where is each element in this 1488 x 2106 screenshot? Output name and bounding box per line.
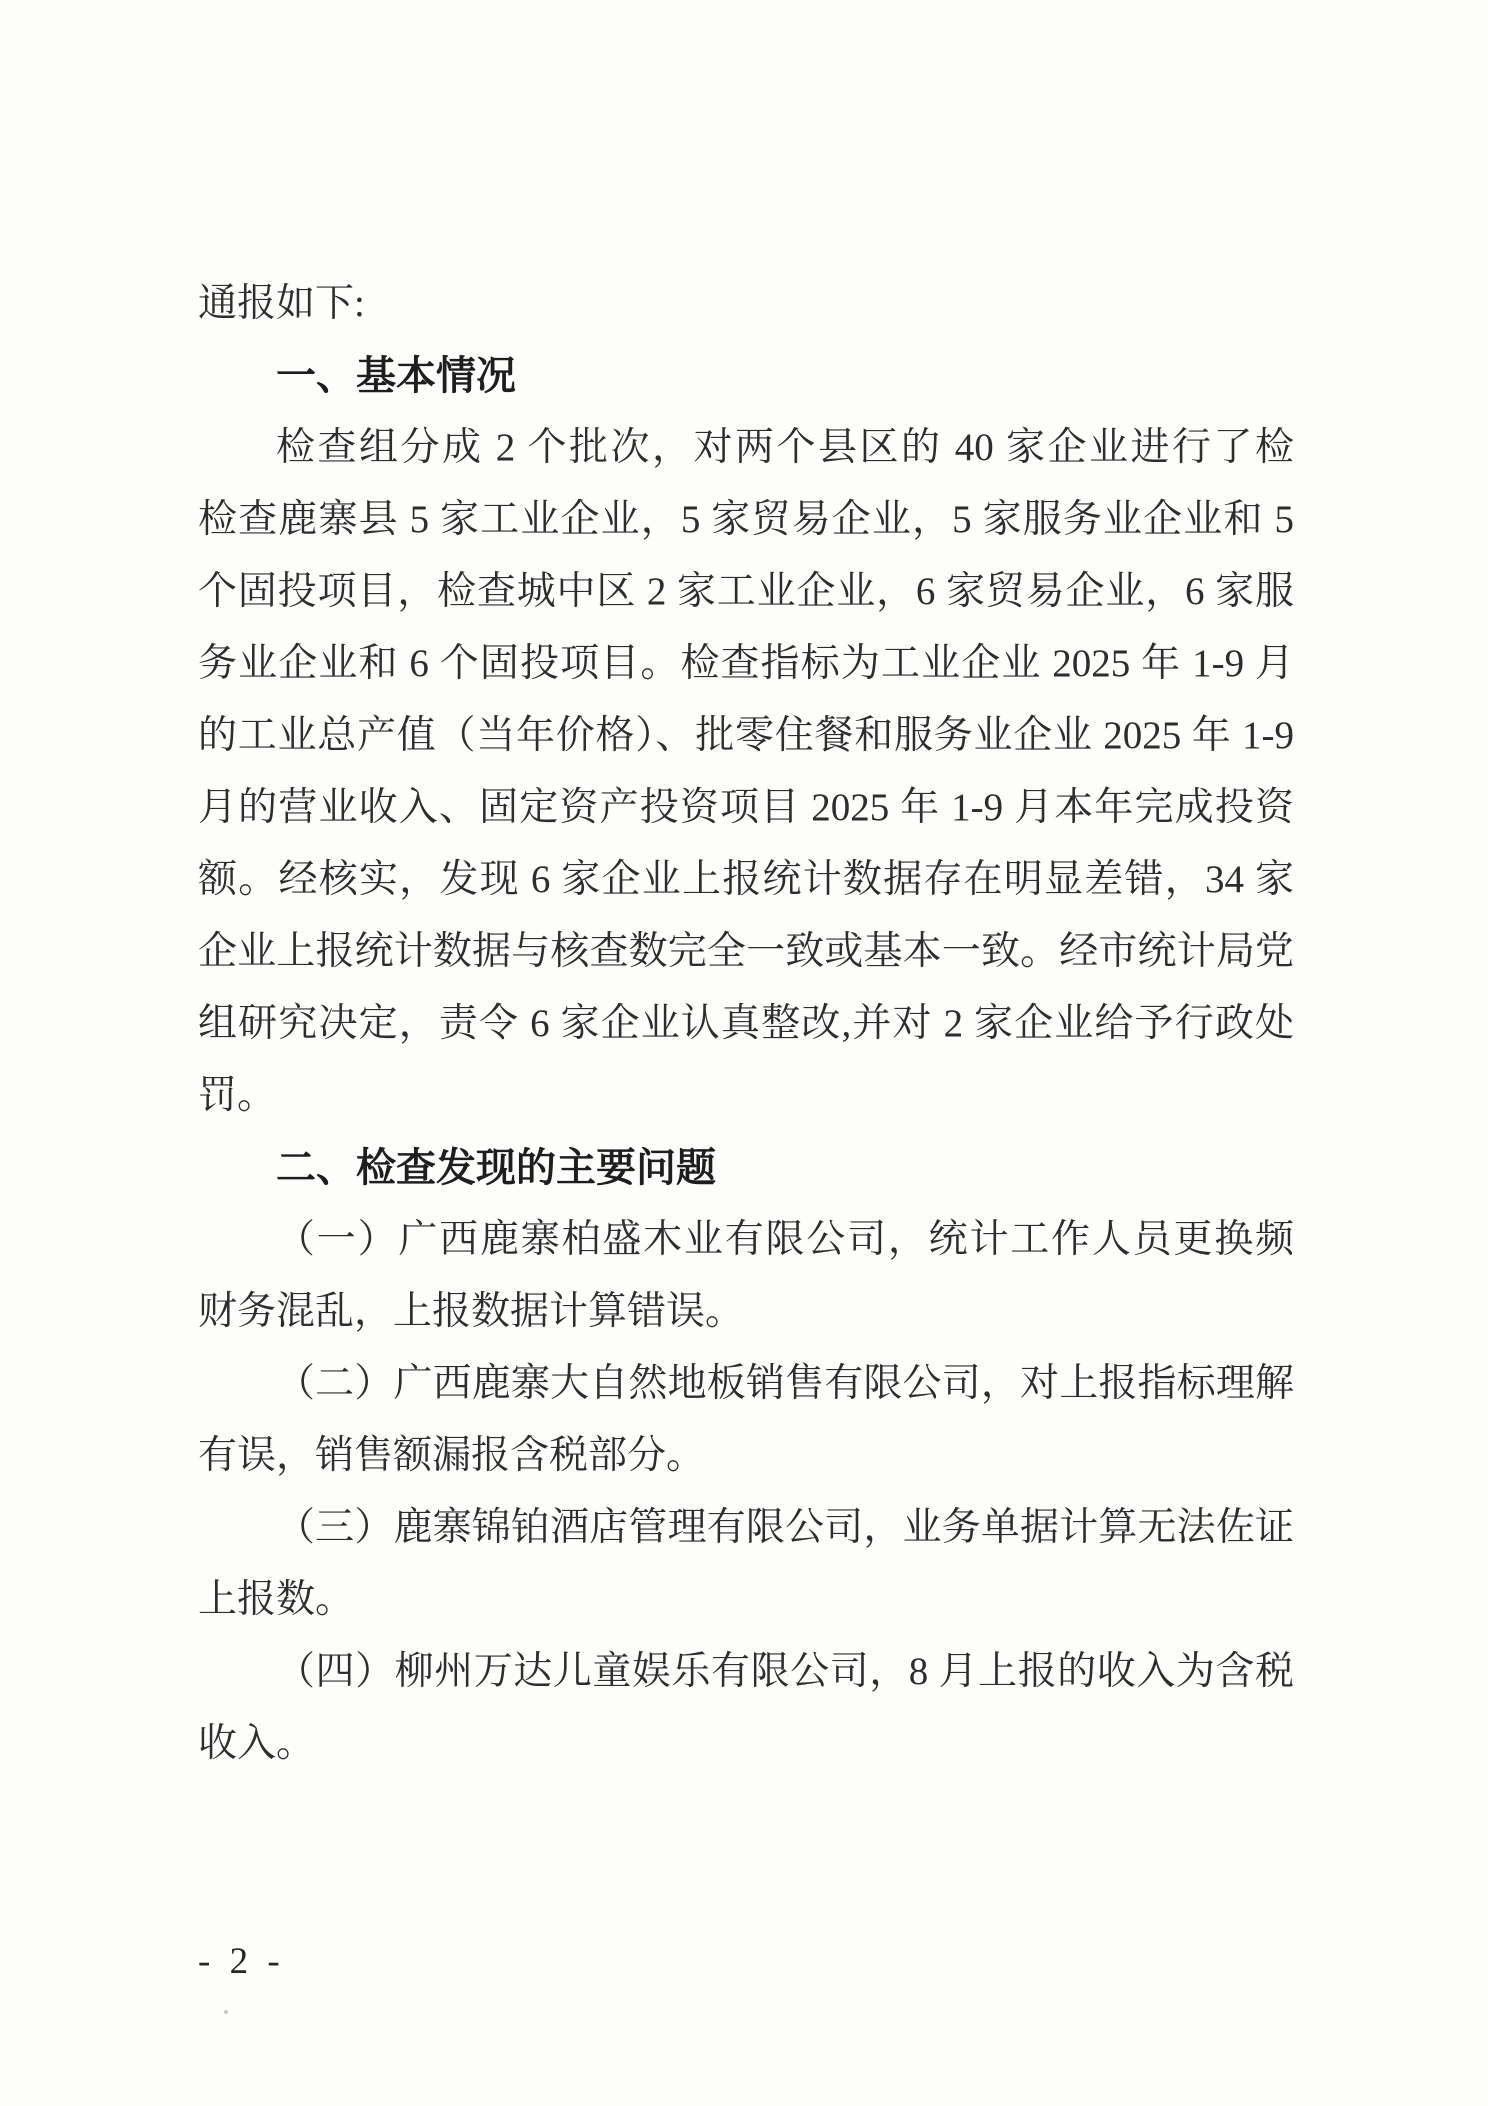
section1-para-line-7: 额。经核实，发现 6 家企业上报统计数据存在明显差错，34 家 (198, 844, 1294, 916)
opening-line: 通报如下: (198, 268, 1294, 340)
section1-para-line-10: 罚。 (198, 1060, 1294, 1132)
section2-item3-line-1: （三）鹿寨锦铂酒店管理有限公司，业务单据计算无法佐证 (198, 1492, 1294, 1564)
section1-para-line-5: 的工业总产值（当年价格）、批零住餐和服务业企业 2025 年 1-9 (198, 700, 1294, 772)
section1-para-line-4: 务业企业和 6 个固投项目。检查指标为工业企业 2025 年 1-9 月 (198, 628, 1294, 700)
section2-item2-line-2: 有误，销售额漏报含税部分。 (198, 1420, 1294, 1492)
document-page: 通报如下: 一、基本情况 检查组分成 2 个批次，对两个县区的 40 家企业进行… (0, 0, 1488, 2106)
section1-para-line-2: 检查鹿寨县 5 家工业企业，5 家贸易企业，5 家服务业企业和 5 (198, 484, 1294, 556)
section1-para-line-1: 检查组分成 2 个批次，对两个县区的 40 家企业进行了检查， (198, 412, 1294, 484)
scan-speck (224, 2010, 228, 2014)
page-number: - 2 - (198, 1938, 285, 1986)
section2-item1-line-1: （一）广西鹿寨柏盛木业有限公司，统计工作人员更换频繁， (198, 1204, 1294, 1276)
document-body: 通报如下: 一、基本情况 检查组分成 2 个批次，对两个县区的 40 家企业进行… (198, 268, 1294, 1780)
section2-item2-line-1: （二）广西鹿寨大自然地板销售有限公司，对上报指标理解 (198, 1348, 1294, 1420)
section1-para-line-6: 月的营业收入、固定资产投资项目 2025 年 1-9 月本年完成投资 (198, 772, 1294, 844)
section2-item4-line-2: 收入。 (198, 1708, 1294, 1780)
section2-heading: 二、检查发现的主要问题 (198, 1132, 1294, 1204)
section2-item1-line-2: 财务混乱，上报数据计算错误。 (198, 1276, 1294, 1348)
section1-para-line-8: 企业上报统计数据与核查数完全一致或基本一致。经市统计局党 (198, 916, 1294, 988)
section2-item4-line-1: （四）柳州万达儿童娱乐有限公司，8 月上报的收入为含税 (198, 1636, 1294, 1708)
section2-item3-line-2: 上报数。 (198, 1564, 1294, 1636)
section1-heading: 一、基本情况 (198, 340, 1294, 412)
section1-para-line-3: 个固投项目，检查城中区 2 家工业企业，6 家贸易企业，6 家服 (198, 556, 1294, 628)
section1-para-line-9: 组研究决定，责令 6 家企业认真整改,并对 2 家企业给予行政处 (198, 988, 1294, 1060)
